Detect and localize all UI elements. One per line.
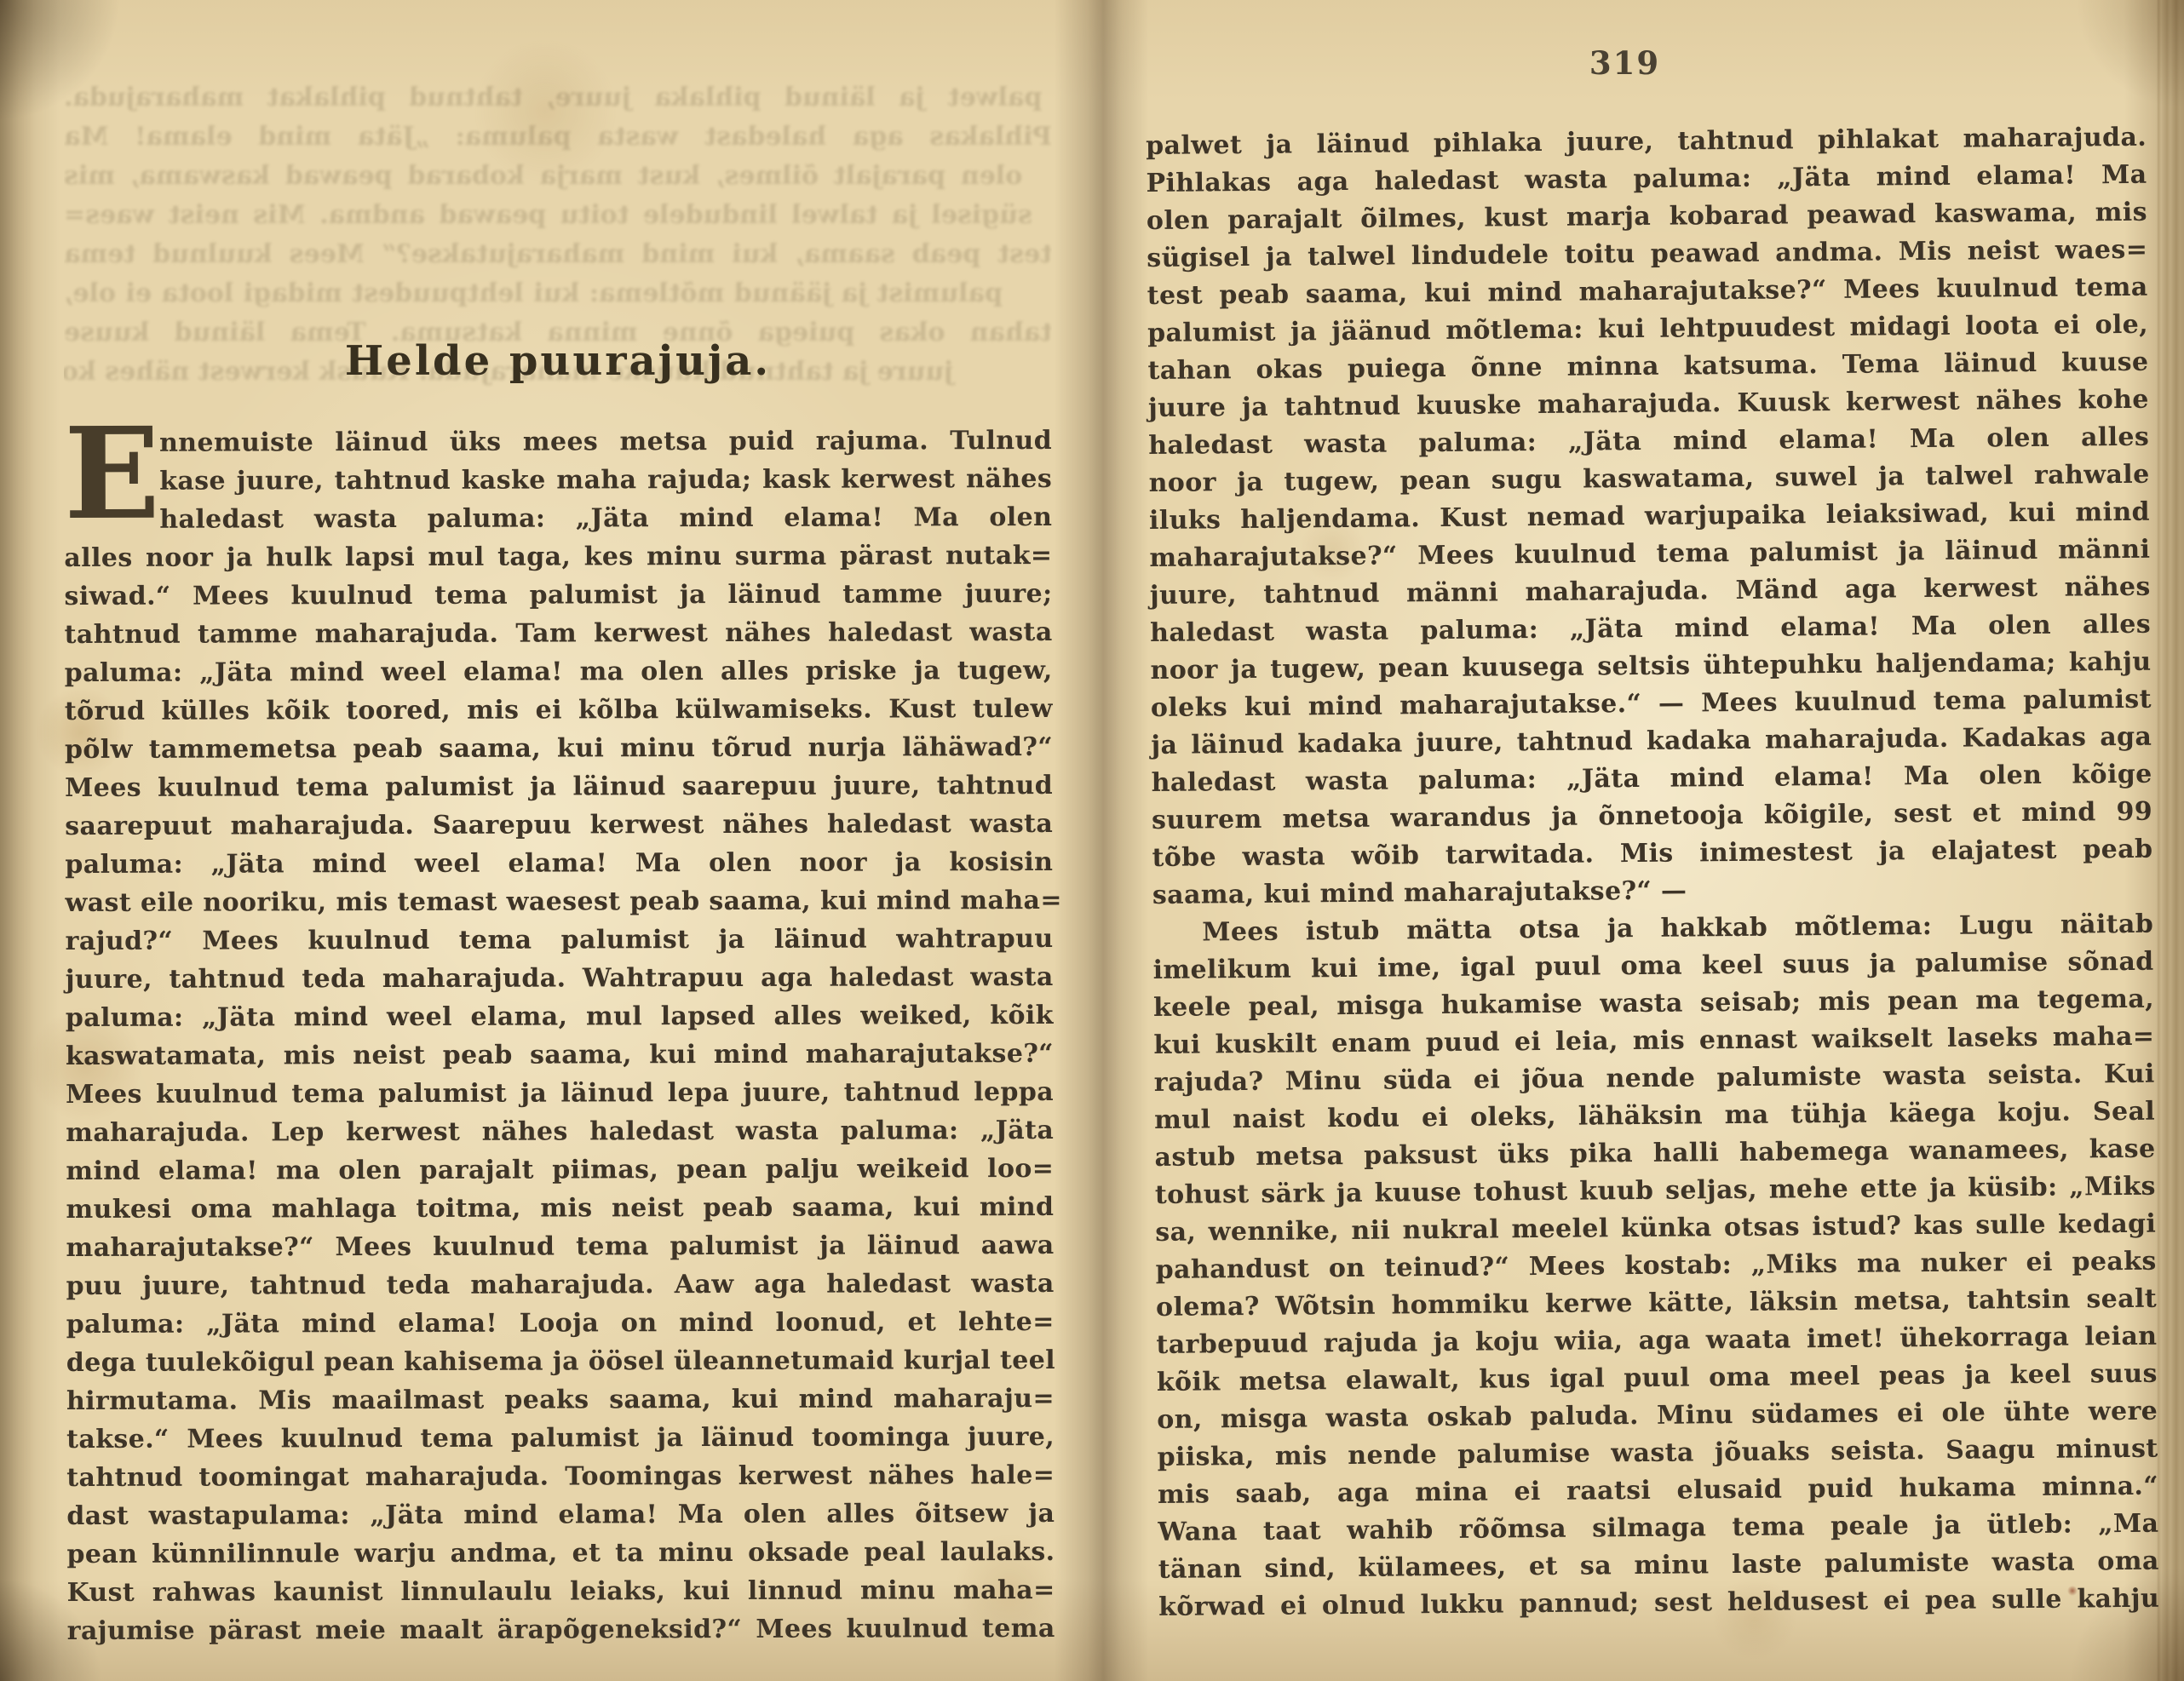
ghost-text-line: test peab saama, kui mind maharajutakse?… [64, 235, 1052, 274]
text-line: juure, tahtnud teda maharajuda. Wahtrapu… [66, 958, 1054, 999]
text-line: paluma: „Jäta mind weel elama, mul lapse… [66, 996, 1054, 1037]
gutter-shadow [1055, 0, 1148, 1681]
text-line: maharajuda. Lep kerwest nähes haledast w… [66, 1111, 1054, 1152]
text-line: paluma: „Jäta mind weel elama! ma olen a… [65, 651, 1053, 692]
text-line: siwad.“ Mees kuulnud tema palumist ja lä… [64, 575, 1052, 616]
text-line: dast wastapulama: „Jäta mind elama! Ma o… [66, 1495, 1055, 1535]
text-line: puu juure, tahtnud teda maharajuda. Aaw … [66, 1265, 1055, 1305]
page-number: 319 [1124, 44, 2125, 82]
text-line: kaswatamata, mis neist peab saama, kui m… [66, 1035, 1054, 1076]
text-line: tahtnud tamme maharajuda. Tam kerwest nä… [65, 613, 1053, 654]
left-page-body: E nnemuiste läinud üks mees metsa puid r… [64, 422, 1055, 1650]
ghost-text-line: Pihlakas aga haledast wasta paluma: „Jät… [64, 118, 1052, 157]
text-line: haledast wasta paluma: „Jäta mind elama!… [64, 498, 1052, 539]
ghost-text-line: palumist ja jäänud mõtlema: kui lehtpuud… [64, 274, 1003, 313]
text-line: maharajutakse?“ Mees kuulnud tema palumi… [66, 1226, 1054, 1267]
right-page-body: palwet ja läinud pihlaka juure, tahtnud … [1146, 119, 2159, 1626]
text-line: rajud?“ Mees kuulnud tema palumist ja lä… [66, 920, 1054, 961]
text-line: dega tuulekõigul pean kahisema ja öösel … [66, 1341, 1055, 1382]
left-page-edge [0, 0, 60, 1681]
text-line: rajumise pärast meie maalt ärapõgeneksid… [67, 1609, 1055, 1650]
text-line: saarepuut maharajuda. Saarepuu kerwest n… [65, 805, 1053, 846]
ghost-text-line: sügisel ja talwel lindudele toitu peawad… [64, 196, 1032, 235]
text-line: mukesi oma mahlaga toitma, mis neist pea… [66, 1188, 1054, 1229]
ghost-text-line: palwet ja läinud pihlaka juure, tahtnud … [64, 78, 1042, 118]
story-title: Helde puurajuja. [64, 337, 1052, 385]
left-page-text: nnemuiste läinud üks mees metsa puid raj… [64, 422, 1055, 1650]
text-line: tahtnud toomingat maharajuda. Toomingas … [66, 1456, 1055, 1497]
text-line: mind elama! ma olen parajalt piimas, pea… [66, 1150, 1054, 1190]
text-line: kase juure, tahtnud kaske maha rajuda; k… [64, 460, 1052, 501]
text-line: Mees kuulnud tema palumist ja läinud saa… [65, 766, 1053, 807]
ghost-text-line: olen parajalt õilmes, kust marja kobarad… [64, 157, 1022, 196]
text-line: Mees kuulnud tema palumist ja läinud lep… [66, 1073, 1054, 1114]
text-line: paluma: „Jäta mind elama! Looja on mind … [66, 1303, 1055, 1344]
text-line: nnemuiste läinud üks mees metsa puid raj… [64, 422, 1052, 462]
text-line: hirmutama. Mis maailmast peaks saama, ku… [66, 1380, 1055, 1420]
right-page-text: palwet ja läinud pihlaka juure, tahtnud … [1146, 119, 2159, 1626]
text-line: Kust rahwas kaunist linnulaulu leiaks, k… [67, 1571, 1055, 1612]
text-line: kõrwad ei olnud lukku pannud; sest heldu… [1158, 1581, 2159, 1626]
text-line: wast eile nooriku, mis temast waesest pe… [65, 881, 1053, 922]
text-line: alles noor ja hulk lapsi mul taga, kes m… [64, 536, 1052, 577]
text-line: takse.“ Mees kuulnud tema palumist ja lä… [66, 1418, 1055, 1459]
drop-cap-initial: E [64, 424, 151, 537]
text-line: paluma: „Jäta mind weel elama! Ma olen n… [65, 843, 1053, 884]
text-line: pean künnilinnule warju andma, et ta min… [66, 1533, 1055, 1574]
text-line: tõrud külles kõik toored, mis ei kõlba k… [65, 690, 1053, 731]
text-line: põlw tammemetsa peab saama, kui minu tõr… [65, 728, 1053, 769]
